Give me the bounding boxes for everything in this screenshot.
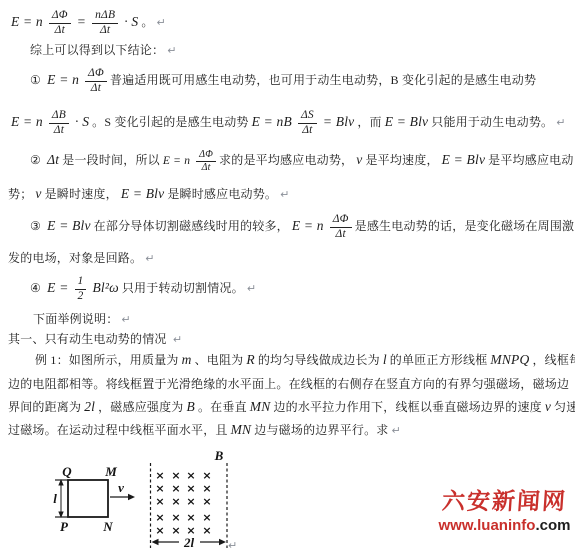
text-segment: 的均匀导线做成边长为 xyxy=(258,353,380,367)
math-segment: v xyxy=(545,399,551,414)
field-into-page-symbol: × xyxy=(155,469,164,482)
paragraph-mark-icon: ↵ xyxy=(173,333,182,346)
math-segment: v xyxy=(356,152,362,167)
text-segment: 边的水平拉力作用下，线框以垂直磁场边界的速度 xyxy=(273,400,541,414)
watermark-logo: 六安新闻网 www.luaninfo.com xyxy=(437,487,572,535)
width-dimension-label: 2l xyxy=(183,535,195,550)
paragraph-mark-icon: ↵ xyxy=(280,188,289,201)
text-segment: 是平均速度， xyxy=(365,153,438,167)
field-region: B ×××××××××××××××××××× 2l xyxy=(151,448,228,550)
paragraph-mark-icon: ↵ xyxy=(247,282,256,295)
text-segment: ，而 xyxy=(357,115,381,129)
fraction: 12 xyxy=(75,275,87,304)
fraction: ΔΦΔt xyxy=(85,67,107,96)
paragraph-mark-icon: ↵ xyxy=(556,116,565,129)
math-segment: E = Blv xyxy=(442,152,486,167)
text-segment: 在部分导体切割磁感线时用的较多， xyxy=(94,219,289,233)
side-length-label: l xyxy=(53,491,57,506)
math-segment: E = n xyxy=(292,218,324,233)
math-segment: E = n xyxy=(11,114,43,129)
fraction: ΔBΔt xyxy=(49,109,69,138)
watermark-url: www.luaninfo.com xyxy=(437,517,572,535)
math-segment: MN xyxy=(250,399,271,414)
paragraph-mark-icon: ↵ xyxy=(391,424,400,437)
text-segment: ，线框每一 xyxy=(532,353,575,367)
math-segment: · S xyxy=(124,14,138,29)
text-segment: 。 xyxy=(141,15,153,29)
field-into-page-symbol: × xyxy=(186,482,195,495)
paragraph-mark-icon: ↵ xyxy=(121,313,130,326)
text-segment: 综上可以得到以下结论： xyxy=(30,43,164,57)
math-segment: B xyxy=(187,399,195,414)
corner-label-n: N xyxy=(102,519,113,534)
fraction: ΔΦΔt xyxy=(196,149,216,174)
corner-label-m: M xyxy=(104,464,117,479)
corner-label-q: Q xyxy=(62,464,72,479)
field-into-page-symbol: × xyxy=(155,524,164,537)
field-into-page-symbol: × xyxy=(171,524,180,537)
fraction: ΔSΔt xyxy=(298,109,317,138)
field-into-page-symbol: × xyxy=(202,495,211,508)
text-segment: 是平均感应电动 xyxy=(488,153,573,167)
line-point4: ④ E =12Bl²ω只用于转动切割情况。↵ xyxy=(30,271,256,306)
line-conclusion-intro: 综上可以得到以下结论：↵ xyxy=(30,42,177,59)
text-segment: 的单匝正方形线框 xyxy=(390,353,488,367)
square-loop xyxy=(68,480,108,517)
fraction: nΔBΔt xyxy=(92,9,118,38)
watermark-url-suffix: .com xyxy=(535,517,570,534)
line-case1-heading: 其一、只有动生电动势的情况 ↵ xyxy=(8,331,182,348)
math-segment: E = nB xyxy=(252,114,292,129)
paragraph-mark-icon: ↵ xyxy=(145,252,154,265)
text-segment: 是一段时间，所以 xyxy=(62,153,160,167)
fraction: ΔΦΔt xyxy=(330,213,352,242)
text-segment: 、电阻为 xyxy=(195,353,244,367)
text-segment: 界间的距离为 xyxy=(8,400,81,414)
line-point3-b: 发的电场，对象是回路。↵ xyxy=(8,250,155,267)
paragraph-mark-icon: ↵ xyxy=(167,44,176,57)
text-segment: 只能用于动生电动势。 xyxy=(431,115,553,129)
field-into-page-symbol: × xyxy=(155,482,164,495)
math-segment: m xyxy=(182,352,192,367)
field-into-page-symbol: × xyxy=(171,469,180,482)
text-segment: 只用于转动切割情况。 xyxy=(122,281,244,295)
figure-diagram: Q M P N l v B ×××××××××××××××××××× 2l xyxy=(45,443,240,553)
field-into-page-symbol: × xyxy=(202,482,211,495)
math-segment: MNPQ xyxy=(490,352,529,367)
field-into-page-symbol: × xyxy=(171,511,180,524)
text-segment: 其一、只有动生电动势的情况 xyxy=(8,332,170,346)
text-segment: 下面举例说明： xyxy=(33,312,118,326)
velocity-label: v xyxy=(118,480,124,495)
field-into-page-symbol: × xyxy=(202,511,211,524)
text-segment: ① xyxy=(30,73,44,87)
math-segment: Bl²ω xyxy=(92,280,118,295)
field-into-page-symbol: × xyxy=(155,511,164,524)
field-strength-label: B xyxy=(214,448,224,463)
line-example1-d: 过磁场。在运动过程中线框平面水平，且MN边与磁场的边界平行。求↵ xyxy=(8,422,401,439)
text-segment: ④ xyxy=(30,281,44,295)
text-segment: 。在垂直 xyxy=(198,400,247,414)
watermark-url-red: www.luaninfo xyxy=(439,517,536,534)
math-segment: E = n xyxy=(163,155,190,167)
text-segment: 。S 变化引起的是感生电动势 xyxy=(92,115,248,129)
text-segment: 边的电阻都相等。将线框置于光滑绝缘的水平面上。在线框的右侧存在竖直方向的有界匀强… xyxy=(8,377,569,391)
math-segment: v xyxy=(35,186,41,201)
math-segment: Δt xyxy=(47,152,59,167)
math-segment: · S xyxy=(75,114,89,129)
math-segment: E = Blv xyxy=(47,218,91,233)
math-segment: E = Blv xyxy=(121,186,165,201)
field-x-grid: ×××××××××××××××××××× xyxy=(155,469,211,537)
line-example1-c: 界间的距离为2l，磁感应强度为B。在垂直MN边的水平拉力作用下，线框以垂直磁场边… xyxy=(8,399,575,415)
field-into-page-symbol: × xyxy=(202,469,211,482)
text-segment: 发的电场，对象是回路。 xyxy=(8,251,142,265)
text-segment: 是瞬时感应电动势。 xyxy=(167,187,277,201)
text-segment: 求的是平均感应电动势， xyxy=(219,153,353,167)
math-segment: E = xyxy=(47,280,68,295)
line-example1-a: 例 1：如图所示，用质量为m、电阻为R的均匀导线做成边长为l的单匝正方形线框MN… xyxy=(35,352,575,368)
text-segment: ③ xyxy=(30,219,44,233)
text-segment: ，磁感应强度为 xyxy=(98,400,183,414)
field-into-page-symbol: × xyxy=(202,524,211,537)
paragraph-mark-icon: ↵ xyxy=(157,16,166,29)
math-segment: 2l xyxy=(84,399,95,414)
math-segment: E = n xyxy=(11,14,43,29)
text-segment: 是瞬时速度， xyxy=(45,187,118,201)
field-into-page-symbol: × xyxy=(186,469,195,482)
math-segment: l xyxy=(383,352,387,367)
field-into-page-symbol: × xyxy=(186,495,195,508)
paragraph-mark-icon: ↵ xyxy=(228,539,237,552)
math-segment: R xyxy=(246,352,254,367)
line-point2-b: 势；v是瞬时速度，E = Blv是瞬时感应电动势。↵ xyxy=(8,186,290,203)
text-segment: 是感生电动势的话，是变化磁场在周围激 xyxy=(355,219,575,233)
text-segment: ② xyxy=(30,153,44,167)
math-segment: E = n xyxy=(47,72,79,87)
text-segment: 匀速穿 xyxy=(554,400,575,414)
line-formula-main: E = nΔΦΔt=nΔBΔt· S。↵ xyxy=(8,5,166,40)
text-segment: 势； xyxy=(8,187,32,201)
line-point1-a: ① E = nΔΦΔt普遍适用既可用感生电动势，也可用于动生电动势，B 变化引起… xyxy=(30,63,536,97)
math-segment: E = Blv xyxy=(385,114,429,129)
text-segment: 过磁场。在运动过程中线框平面水平，且 xyxy=(8,423,228,437)
text-segment: 例 1：如图所示，用质量为 xyxy=(35,353,179,367)
text-segment: 边与磁场的边界平行。求 xyxy=(254,423,388,437)
watermark-site-name: 六安新闻网 xyxy=(436,487,573,517)
math-segment: = xyxy=(77,14,86,29)
math-segment: = Blv xyxy=(323,114,354,129)
text-segment: 普遍适用既可用感生电动势，也可用于动生电动势，B 变化引起的是感生电动势 xyxy=(110,73,536,87)
corner-label-p: P xyxy=(60,519,69,534)
line-point1-b: E = nΔBΔt· S。S 变化引起的是感生电动势E = nBΔSΔt= Bl… xyxy=(8,105,566,140)
field-into-page-symbol: × xyxy=(186,511,195,524)
fraction: ΔΦΔt xyxy=(49,9,71,38)
line-examples-intro: 下面举例说明：↵ xyxy=(33,311,131,328)
velocity-arrowhead xyxy=(128,494,135,500)
line-point3-a: ③ E = Blv在部分导体切割磁感线时用的较多，E = nΔΦΔt是感生电动势… xyxy=(30,209,574,243)
field-into-page-symbol: × xyxy=(171,495,180,508)
math-segment: MN xyxy=(231,422,252,437)
line-point2-a: ② Δt是一段时间，所以E = nΔΦΔt求的是平均感应电动势，v是平均速度，E… xyxy=(30,145,574,176)
field-into-page-symbol: × xyxy=(155,495,164,508)
line-example1-b: 边的电阻都相等。将线框置于光滑绝缘的水平面上。在线框的右侧存在竖直方向的有界匀强… xyxy=(8,376,569,392)
field-into-page-symbol: × xyxy=(171,482,180,495)
